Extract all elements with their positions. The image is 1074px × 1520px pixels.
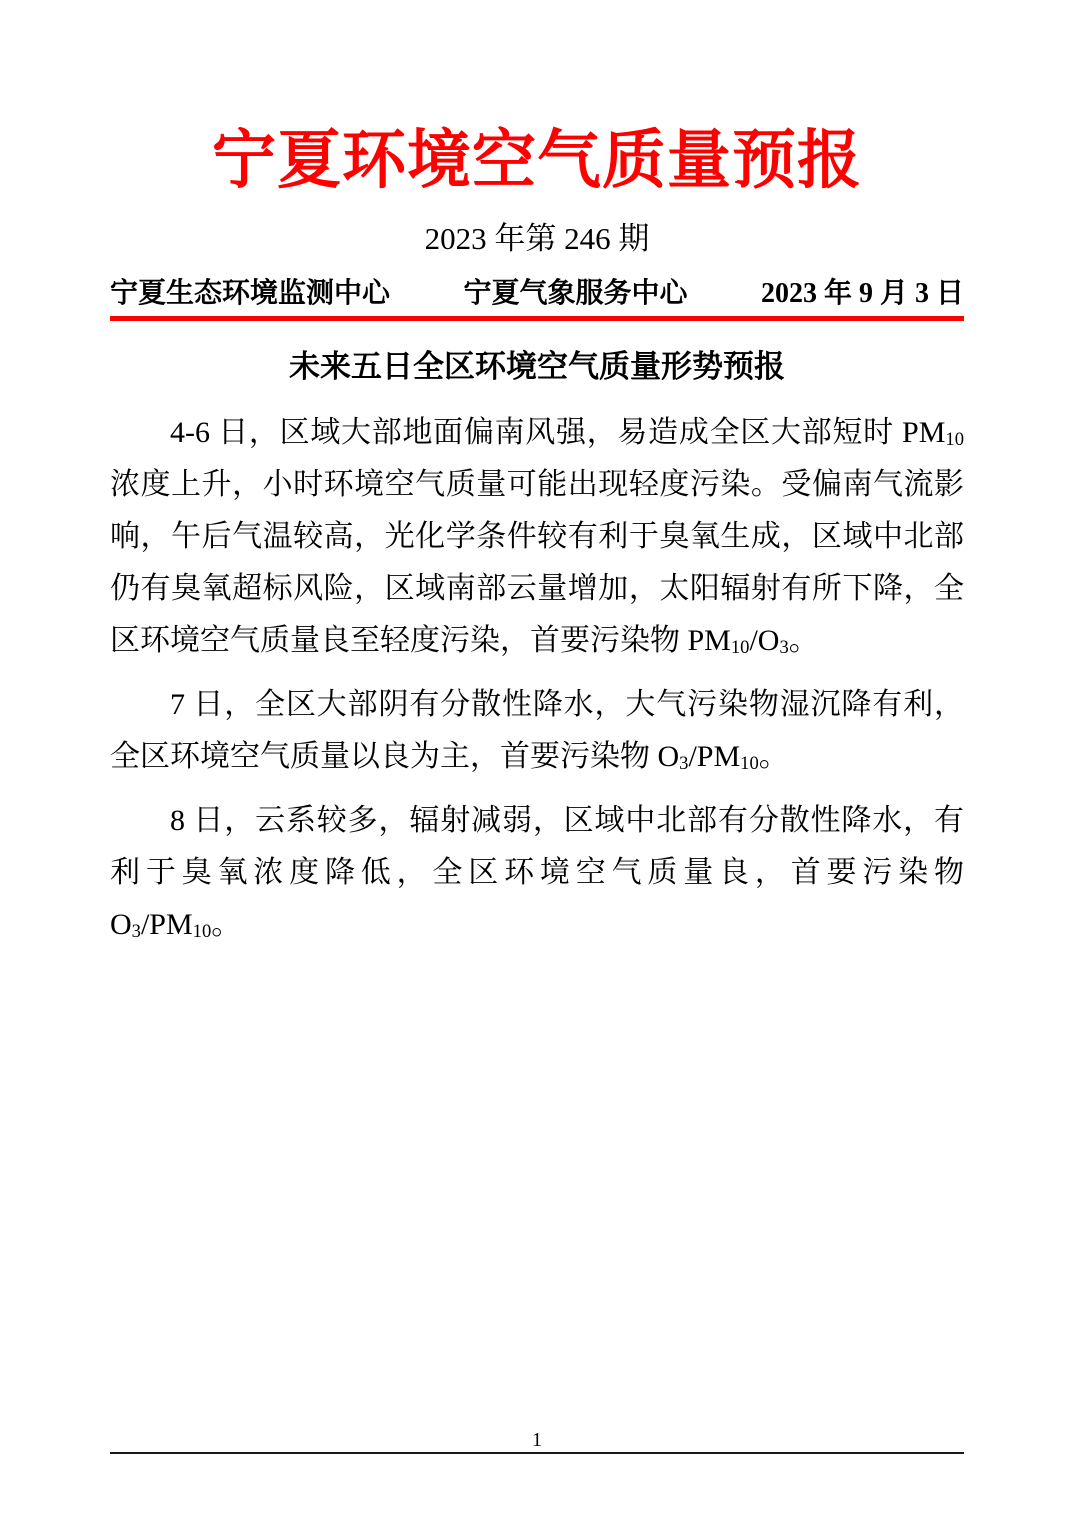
page-number: 1 xyxy=(110,1428,964,1452)
paragraph: 8 日，云系较多，辐射减弱，区域中北部有分散性降水，有利于臭氧浓度降低，全区环境… xyxy=(110,795,964,951)
document-content: 宁夏环境空气质量预报 2023 年第 246 期 宁夏生态环境监测中心 宁夏气象… xyxy=(0,128,1074,951)
paragraph: 7 日，全区大部阴有分散性降水，大气污染物湿沉降有利，全区环境空气质量以良为主，… xyxy=(110,679,964,783)
pollutant-subscript: 3 xyxy=(679,753,688,774)
body-paragraphs: 4-6 日，区域大部地面偏南风强，易造成全区大部短时 PM10 浓度上升，小时环… xyxy=(110,407,964,951)
header-date: 2023 年 9 月 3 日 xyxy=(761,278,964,310)
page-footer: 1 xyxy=(110,1428,964,1454)
pollutant-subscript: 10 xyxy=(945,429,964,450)
header-org-row: 宁夏生态环境监测中心 宁夏气象服务中心 2023 年 9 月 3 日 xyxy=(110,278,964,310)
paragraph-run: 7 日，全区大部阴有分散性降水，大气污染物湿沉降有利，全区环境空气质量以良为主，… xyxy=(110,688,964,773)
paragraph-run: 4-6 日，区域大部地面偏南风强，易造成全区大部短时 PM xyxy=(170,416,945,449)
pollutant-subscript: 10 xyxy=(193,921,212,942)
paragraph-run: /PM xyxy=(141,908,193,941)
pollutant-subscript: 3 xyxy=(779,637,788,658)
paragraph-run: /PM xyxy=(688,740,740,773)
document-page: 宁夏环境空气质量预报 2023 年第 246 期 宁夏生态环境监测中心 宁夏气象… xyxy=(0,0,1074,1520)
red-divider-rule xyxy=(110,316,964,321)
pollutant-subscript: 10 xyxy=(740,753,759,774)
paragraph-run: 。 xyxy=(759,740,789,773)
paragraph-run: 。 xyxy=(789,624,819,657)
pollutant-subscript: 10 xyxy=(731,637,750,658)
pollutant-subscript: 3 xyxy=(132,921,141,942)
issue-number: 2023 年第 246 期 xyxy=(110,222,964,256)
footer-rule xyxy=(110,1452,964,1454)
paragraph-run: /O xyxy=(749,624,779,657)
org-center: 宁夏气象服务中心 xyxy=(463,278,687,310)
paragraph: 4-6 日，区域大部地面偏南风强，易造成全区大部短时 PM10 浓度上升，小时环… xyxy=(110,407,964,667)
document-title: 宁夏环境空气质量预报 xyxy=(110,128,964,194)
section-heading: 未来五日全区环境空气质量形势预报 xyxy=(110,349,964,385)
org-left: 宁夏生态环境监测中心 xyxy=(110,278,390,310)
paragraph-run: 浓度上升，小时环境空气质量可能出现轻度污染。受偏南气流影响，午后气温较高，光化学… xyxy=(110,468,964,657)
paragraph-run: 。 xyxy=(211,908,241,941)
